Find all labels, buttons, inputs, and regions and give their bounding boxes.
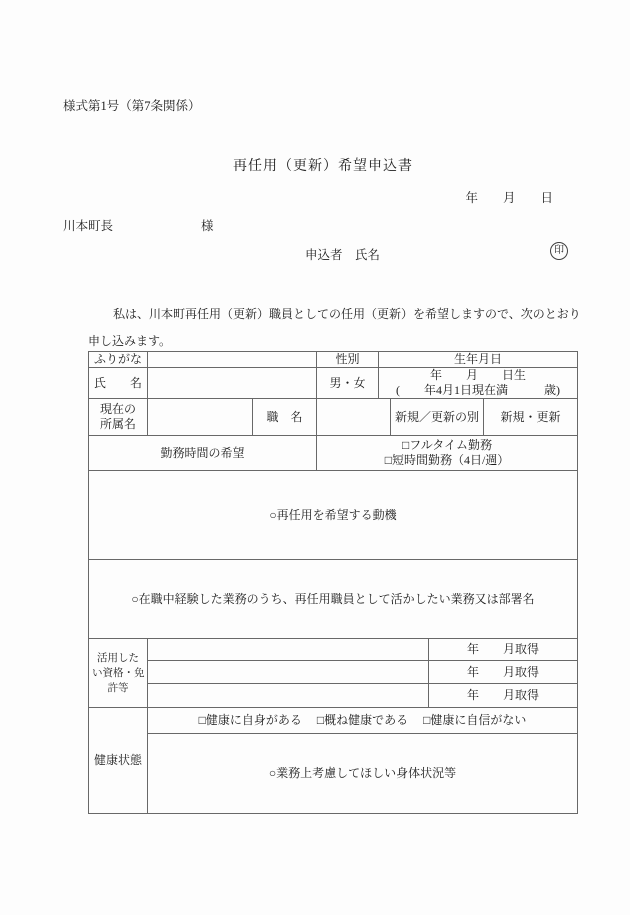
checkbox-health-confident: □健康に自身がある: [199, 713, 302, 728]
addressee-line: 川本町長様: [63, 216, 214, 234]
checkbox-health-not-confident: □健康に自信がない: [423, 713, 526, 728]
row-health-options: 健康状態 □健康に自身がある □概ね健康である □健康に自信がない: [89, 708, 578, 734]
form-number: 様式第1号（第7条関係）: [63, 96, 201, 114]
body-line-1: 私は、川本町再任用（更新）職員としての任用（更新）を希望しますので、次のとおり: [88, 301, 588, 328]
body-paragraph: 私は、川本町再任用（更新）職員としての任用（更新）を希望しますので、次のとおり …: [88, 301, 588, 355]
checkbox-parttime: □短時間勤務（4日/週）: [320, 453, 574, 468]
row-motivation: ○再任用を希望する動機: [89, 471, 578, 560]
row-qualification-2: 年 月取得: [89, 661, 578, 684]
qualification-label-line-3: 許等: [92, 681, 144, 696]
category-label: 新規／更新の別: [391, 399, 484, 436]
birthdate-label: 生年月日: [379, 352, 578, 368]
name-input-cell: [148, 368, 317, 399]
row-experience: ○在職中経験した業務のうち、再任用職員として活かしたい業務又は部署名: [89, 560, 578, 639]
acquired-date-cell: 年 月取得: [429, 661, 578, 684]
affiliation-input-cell: [148, 399, 253, 436]
page-title: 再任用（更新）希望申込書: [0, 155, 630, 175]
checkbox-health-mostly: □概ね健康である: [317, 713, 408, 728]
gender-label: 性別: [317, 352, 379, 368]
row-qualification-3: 年 月取得: [89, 684, 578, 708]
health-options-cell: □健康に自身がある □概ね健康である □健康に自信がない: [148, 708, 578, 734]
row-affiliation: 現在の 所属名 職 名 新規／更新の別 新規・更新: [89, 399, 578, 436]
affiliation-label: 現在の 所属名: [89, 399, 148, 436]
name-label: 氏 名: [89, 368, 148, 399]
qualification-label-line-2: い資格・免: [92, 666, 144, 681]
motivation-cell: ○再任用を希望する動機: [89, 471, 578, 560]
category-value: 新規・更新: [484, 399, 578, 436]
acquired-date-cell: 年 月取得: [429, 639, 578, 661]
position-input-cell: [317, 399, 391, 436]
row-qualification-1: 活用した い資格・免 許等 年 月取得: [89, 639, 578, 661]
qualification-input-cell: [148, 661, 429, 684]
date-line: 年 月 日: [465, 188, 553, 206]
experience-cell: ○在職中経験した業務のうち、再任用職員として活かしたい業務又は部署名: [89, 560, 578, 639]
row-name: 氏 名 男・女 年 月 日生 ( 年4月1日現在満 歳): [89, 368, 578, 399]
health-label: 健康状態: [89, 708, 148, 814]
furigana-input-cell: [148, 352, 317, 368]
seal-mark: 印: [550, 242, 568, 260]
affiliation-label-line-1: 現在の: [92, 402, 144, 417]
birthdate-value-cell: 年 月 日生 ( 年4月1日現在満 歳): [379, 368, 578, 399]
birthdate-line-1: 年 月 日生: [382, 368, 574, 383]
addressee-honorific: 様: [201, 219, 214, 233]
qualification-label-line-1: 活用した: [92, 651, 144, 666]
acquired-date-cell: 年 月取得: [429, 684, 578, 708]
worktime-label: 勤務時間の希望: [89, 436, 317, 471]
application-form-page: 様式第1号（第7条関係） 再任用（更新）希望申込書 年 月 日 川本町長様 申込…: [0, 0, 630, 915]
gender-value: 男・女: [317, 368, 379, 399]
qualification-input-cell: [148, 639, 429, 661]
position-label: 職 名: [253, 399, 317, 436]
qualification-label: 活用した い資格・免 許等: [89, 639, 148, 708]
qualification-input-cell: [148, 684, 429, 708]
addressee-name: 川本町長: [63, 219, 113, 233]
row-health-note: ○業務上考慮してほしい身体状況等: [89, 734, 578, 814]
application-table: ふりがな 性別 生年月日 氏 名 男・女 年 月 日生 ( 年4月1日現在満 歳…: [88, 351, 578, 814]
row-worktime: 勤務時間の希望 □フルタイム勤務 □短時間勤務（4日/週）: [89, 436, 578, 471]
row-furigana: ふりがな 性別 生年月日: [89, 352, 578, 368]
health-note-cell: ○業務上考慮してほしい身体状況等: [148, 734, 578, 814]
applicant-name-line: 申込者 氏名: [305, 245, 380, 263]
furigana-label: ふりがな: [89, 352, 148, 368]
affiliation-label-line-2: 所属名: [92, 417, 144, 432]
worktime-options-cell: □フルタイム勤務 □短時間勤務（4日/週）: [317, 436, 578, 471]
birthdate-line-2: ( 年4月1日現在満 歳): [382, 383, 574, 398]
checkbox-fulltime: □フルタイム勤務: [320, 438, 574, 453]
